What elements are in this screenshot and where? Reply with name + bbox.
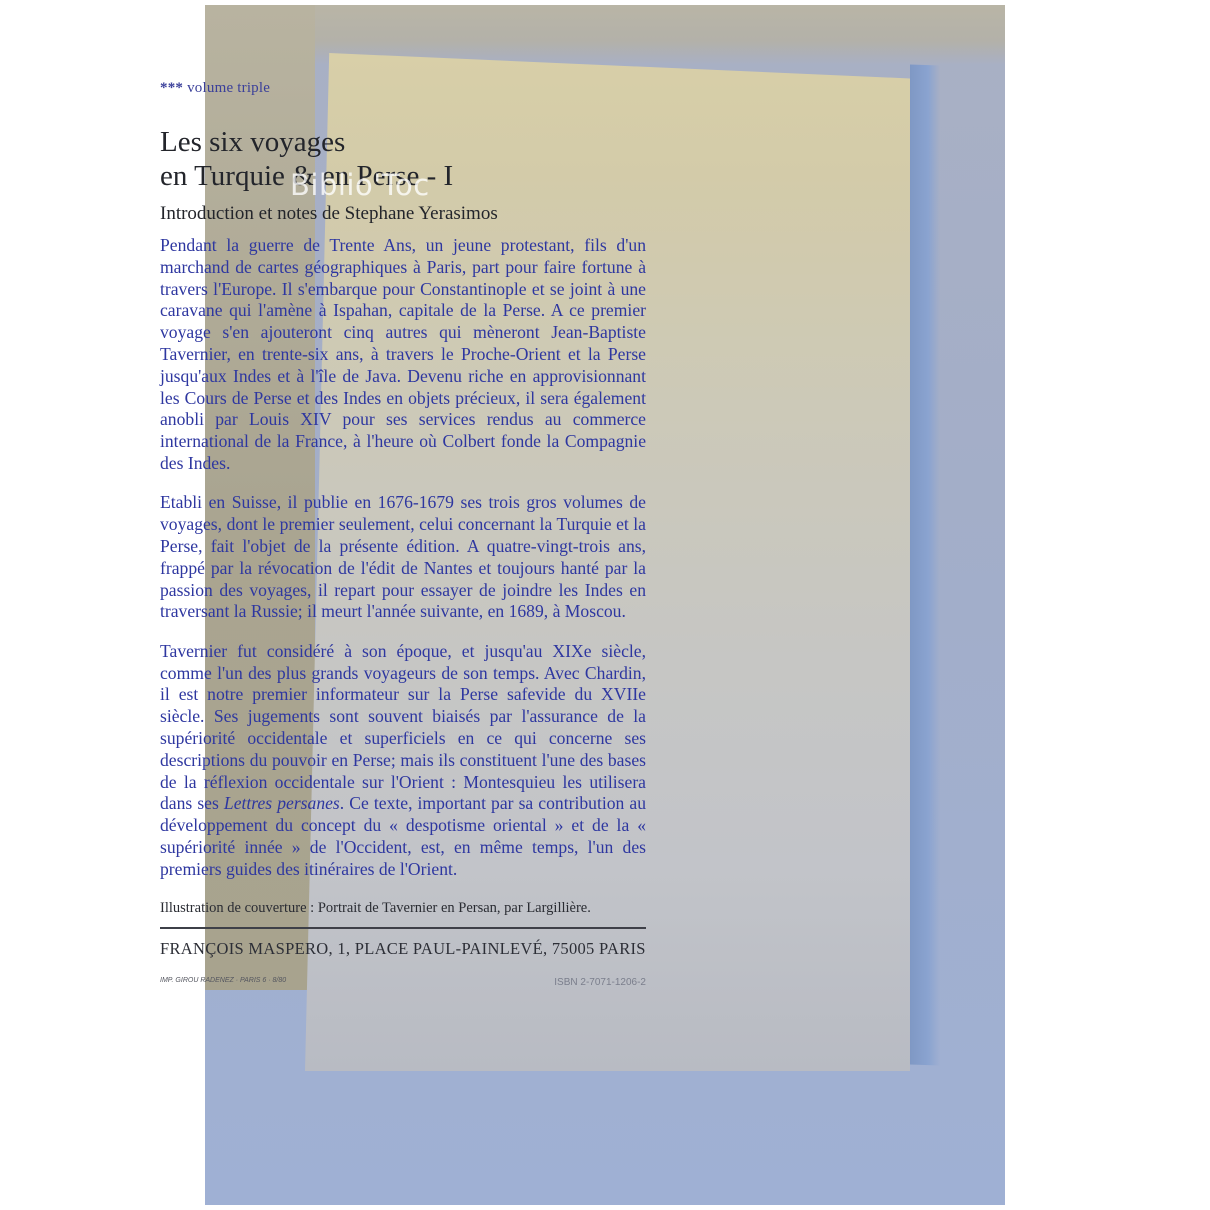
book-subtitle: Introduction et notes de Stephane Yerasi… xyxy=(160,203,646,225)
title-line-1: Les six voyages xyxy=(160,125,646,159)
background-top xyxy=(205,5,1005,65)
blurb-paragraph-3: Tavernier fut considéré à son époque, et… xyxy=(160,641,646,881)
series-marker: ***volume triple xyxy=(160,80,646,97)
divider xyxy=(160,927,646,929)
isbn: ISBN 2-7071-1206-2 xyxy=(554,977,646,988)
back-cover-text: ***volume triple Les six voyages en Turq… xyxy=(160,80,646,988)
series-label: volume triple xyxy=(187,80,270,96)
stars-icon: *** xyxy=(160,80,183,96)
italic-work-title: Lettres persanes xyxy=(224,793,340,813)
paragraph-3-text-a: Tavernier fut considéré à son époque, et… xyxy=(160,641,646,814)
printer-imprint: IMP. GIROU RADENEZ · PARIS 6 · 8/80 xyxy=(160,977,286,988)
cover-illustration-credit: Illustration de couverture : Portrait de… xyxy=(160,899,646,917)
watermark-logo: Biblio'Toc xyxy=(290,168,430,202)
footer-row: IMP. GIROU RADENEZ · PARIS 6 · 8/80 ISBN… xyxy=(160,977,646,988)
publisher-address: FRANÇOIS MASPERO, 1, PLACE PAUL-PAINLEVÉ… xyxy=(160,939,646,959)
book-shadow xyxy=(910,64,940,1065)
blurb-paragraph-1: Pendant la guerre de Trente Ans, un jeun… xyxy=(160,235,646,475)
blurb-paragraph-2: Etabli en Suisse, il publie en 1676-1679… xyxy=(160,492,646,623)
